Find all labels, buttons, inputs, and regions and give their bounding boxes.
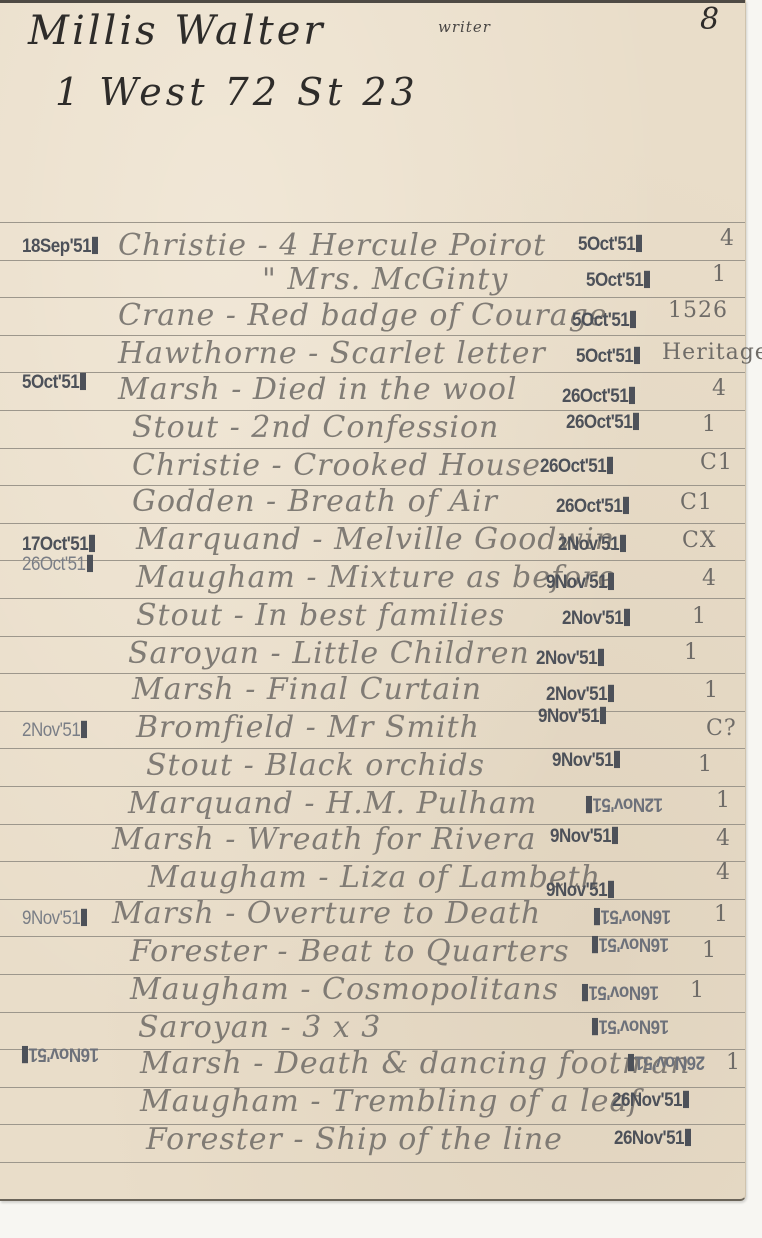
entry-margin-mark: 4 — [720, 226, 735, 251]
entry-author-title: Bromfield - Mr Smith — [136, 710, 480, 745]
entry-margin-mark: 1526 — [668, 298, 728, 323]
date-stamp-text: 2Nov'51 — [558, 533, 619, 555]
date-stamp-text: 26Nov'51 — [614, 1127, 684, 1149]
date-stamp-text: 9Nov'51 — [546, 571, 607, 593]
entry-author-title: Stout - 2nd Confession — [132, 410, 499, 445]
date-stamp: 9Nov'51 — [538, 705, 606, 728]
entry-margin-mark: 1 — [714, 902, 729, 927]
entry-margin-mark: 1 — [684, 640, 699, 665]
date-stamp-text: 9Nov'51 — [546, 879, 607, 901]
stamp-block-mark — [92, 237, 98, 254]
stamp-block-mark — [685, 1129, 691, 1146]
date-stamp: 16Nov'51 — [594, 905, 671, 928]
date-stamp-text: 18Sep'51 — [22, 235, 91, 257]
entry-margin-mark: 1 — [702, 938, 717, 963]
date-stamp: 26Nov'51 — [612, 1089, 689, 1112]
date-stamp-text: 26Oct'51 — [562, 385, 628, 407]
date-stamp-text: 26Oct'51 — [556, 495, 622, 517]
date-stamp: 26Oct'51 — [556, 495, 629, 518]
entry-margin-mark: 4 — [702, 566, 717, 591]
date-stamp: 16Nov'51 — [592, 933, 669, 956]
date-stamp-text: 9Nov'51 — [550, 825, 611, 847]
date-stamp-text: 2Nov'51 — [536, 647, 597, 669]
stamp-block-mark — [608, 685, 614, 702]
stamp-block-mark — [594, 908, 600, 925]
stamp-block-mark — [600, 707, 606, 724]
stamp-block-mark — [592, 1018, 598, 1035]
date-stamp-text: 5Oct'51 — [586, 269, 643, 291]
library-borrower-card: Millis Walter writer 1 West 72 St 23 8 1… — [0, 0, 746, 1201]
card-top-edge — [0, 0, 745, 3]
ruled-line — [0, 1162, 745, 1163]
entry-author-title: Saroyan - Little Children — [128, 636, 530, 671]
date-stamp: 2Nov'51 — [22, 719, 87, 742]
stamp-block-mark — [592, 936, 598, 953]
date-stamp: 9Nov'51 — [546, 571, 614, 594]
date-stamp: 16Nov'51 — [582, 981, 659, 1004]
entry-author-title: Hawthorne - Scarlet letter — [118, 336, 546, 371]
date-stamp: 2Nov'51 — [562, 607, 630, 630]
entry-margin-mark: 1 — [704, 678, 719, 703]
date-stamp-text: 9Nov'51 — [22, 907, 80, 929]
date-stamp-text: 26Oct'51 — [566, 411, 632, 433]
entry-author-title: Maugham - Trembling of a leaf — [140, 1084, 640, 1119]
date-stamp-text: 5Oct'51 — [576, 345, 633, 367]
entry-margin-mark: C? — [706, 716, 737, 741]
date-stamp: 26Oct'51 — [22, 553, 93, 576]
date-stamp: 26Oct'51 — [566, 411, 639, 434]
date-stamp-text: 26Oct'51 — [22, 553, 86, 575]
entry-author-title: Maugham - Liza of Lambeth — [148, 860, 601, 895]
date-stamp: 26Oct'51 — [562, 385, 635, 408]
date-stamp-text: 16Nov'51 — [589, 982, 659, 1004]
stamp-block-mark — [628, 1054, 634, 1071]
stamp-block-mark — [630, 311, 636, 328]
stamp-block-mark — [614, 751, 620, 768]
date-stamp-text: 16Nov'51 — [29, 1044, 99, 1066]
stamp-block-mark — [586, 796, 592, 813]
entry-author-title: Marsh - Died in the wool — [118, 372, 518, 407]
stamp-block-mark — [683, 1091, 689, 1108]
date-stamp: 5Oct'51 — [576, 345, 640, 368]
stamp-block-mark — [89, 535, 95, 552]
entry-author-title: Stout - Black orchids — [146, 748, 485, 783]
date-stamp: 26Nov'51 — [614, 1127, 691, 1150]
entry-author-title: Marquand - Melville Goodwin — [136, 522, 615, 557]
date-stamp: 5Oct'51 — [572, 309, 636, 332]
entry-author-title: Christie - Crooked House — [132, 448, 541, 483]
entry-margin-mark: 1 — [716, 788, 731, 813]
date-stamp-text: 26Nov'51 — [612, 1089, 682, 1111]
date-stamp-text: 9Nov'51 — [538, 705, 599, 727]
entry-author-title: " Mrs. McGinty — [262, 262, 508, 297]
borrower-name: Millis Walter — [28, 8, 326, 54]
date-stamp-text: 16Nov'51 — [599, 934, 669, 956]
date-stamp: 5Oct'51 — [22, 371, 86, 394]
stamp-block-mark — [624, 609, 630, 626]
entry-author-title: Marsh - Overture to Death — [112, 896, 541, 931]
entry-margin-mark: 1 — [702, 412, 717, 437]
date-stamp: 9Nov'51 — [546, 879, 614, 902]
borrower-occupation: writer — [438, 18, 491, 36]
date-stamp: 5Oct'51 — [586, 269, 650, 292]
entry-author-title: Maugham - Mixture as before — [136, 560, 616, 595]
entry-author-title: Forester - Beat to Quarters — [130, 934, 570, 969]
date-stamp: 16Nov'51 — [592, 1015, 669, 1038]
stamp-block-mark — [81, 721, 87, 738]
entry-margin-mark: 1 — [698, 752, 713, 777]
entry-author-title: Maugham - Cosmopolitans — [130, 972, 559, 1007]
entry-margin-mark: C1 — [700, 450, 733, 475]
entry-margin-mark: 4 — [716, 826, 731, 851]
date-stamp-text: 2Nov'51 — [22, 719, 80, 741]
entry-margin-mark: Heritage — [662, 340, 762, 365]
entry-margin-mark: C1 — [680, 490, 713, 515]
date-stamp: 9Nov'51 — [22, 907, 87, 930]
entry-author-title: Marsh - Wreath for Rivera — [112, 822, 536, 857]
entry-margin-mark: 4 — [712, 376, 727, 401]
stamp-block-mark — [633, 413, 639, 430]
stamp-block-mark — [87, 555, 93, 572]
entry-margin-mark: 1 — [726, 1050, 741, 1075]
date-stamp-text: 16Nov'51 — [599, 1016, 669, 1038]
date-stamp: 2Nov'51 — [546, 683, 614, 706]
entry-margin-mark: CX — [682, 528, 717, 553]
date-stamp-text: 2Nov'51 — [546, 683, 607, 705]
ruled-line — [0, 222, 745, 223]
entry-author-title: Marsh - Death & dancing footman — [140, 1046, 691, 1081]
date-stamp: 26Nov'51 — [628, 1051, 705, 1074]
stamp-block-mark — [634, 347, 640, 364]
date-stamp-text: 5Oct'51 — [572, 309, 629, 331]
stamp-block-mark — [81, 909, 87, 926]
stamp-block-mark — [620, 535, 626, 552]
stamp-block-mark — [80, 373, 86, 390]
entry-margin-mark: 1 — [692, 604, 707, 629]
entry-margin-mark: 1 — [690, 978, 705, 1003]
date-stamp: 9Nov'51 — [552, 749, 620, 772]
date-stamp: 26Oct'51 — [540, 455, 613, 478]
date-stamp-text: 16Nov'51 — [601, 906, 671, 928]
stamp-block-mark — [608, 881, 614, 898]
date-stamp-text: 5Oct'51 — [22, 371, 79, 393]
stamp-block-mark — [582, 984, 588, 1001]
stamp-block-mark — [608, 573, 614, 590]
stamp-block-mark — [612, 827, 618, 844]
date-stamp-text: 17Oct'51 — [22, 533, 88, 555]
stamp-block-mark — [607, 457, 613, 474]
entry-margin-mark: 4 — [716, 860, 731, 885]
date-stamp: 18Sep'51 — [22, 235, 98, 258]
entry-author-title: Stout - In best families — [136, 598, 505, 633]
card-page-number: 8 — [700, 2, 720, 37]
entry-author-title: Saroyan - 3 x 3 — [138, 1010, 381, 1045]
entry-author-title: Christie - 4 Hercule Poirot — [118, 228, 546, 263]
date-stamp: 2Nov'51 — [558, 533, 626, 556]
date-stamp: 12Nov'51 — [586, 793, 663, 816]
entry-author-title: Marquand - H.M. Pulham — [128, 786, 537, 821]
date-stamp: 5Oct'51 — [578, 233, 642, 256]
entry-author-title: Crane - Red badge of Courage — [118, 298, 608, 333]
date-stamp: 9Nov'51 — [550, 825, 618, 848]
date-stamp: 2Nov'51 — [536, 647, 604, 670]
entry-author-title: Marsh - Final Curtain — [132, 672, 482, 707]
stamp-block-mark — [598, 649, 604, 666]
borrower-address: 1 West 72 St 23 — [55, 70, 419, 114]
entry-author-title: Forester - Ship of the line — [146, 1122, 563, 1157]
date-stamp-text: 5Oct'51 — [578, 233, 635, 255]
date-stamp-text: 12Nov'51 — [593, 794, 663, 816]
stamp-block-mark — [636, 235, 642, 252]
date-stamp-text: 2Nov'51 — [562, 607, 623, 629]
date-stamp-text: 9Nov'51 — [552, 749, 613, 771]
stamp-block-mark — [644, 271, 650, 288]
date-stamp-text: 26Nov'51 — [635, 1052, 705, 1074]
stamp-block-mark — [623, 497, 629, 514]
entry-author-title: Godden - Breath of Air — [132, 484, 498, 519]
stamp-block-mark — [22, 1046, 28, 1063]
stamp-block-mark — [629, 387, 635, 404]
date-stamp: 16Nov'51 — [22, 1043, 99, 1066]
entry-margin-mark: 1 — [712, 262, 727, 287]
date-stamp-text: 26Oct'51 — [540, 455, 606, 477]
